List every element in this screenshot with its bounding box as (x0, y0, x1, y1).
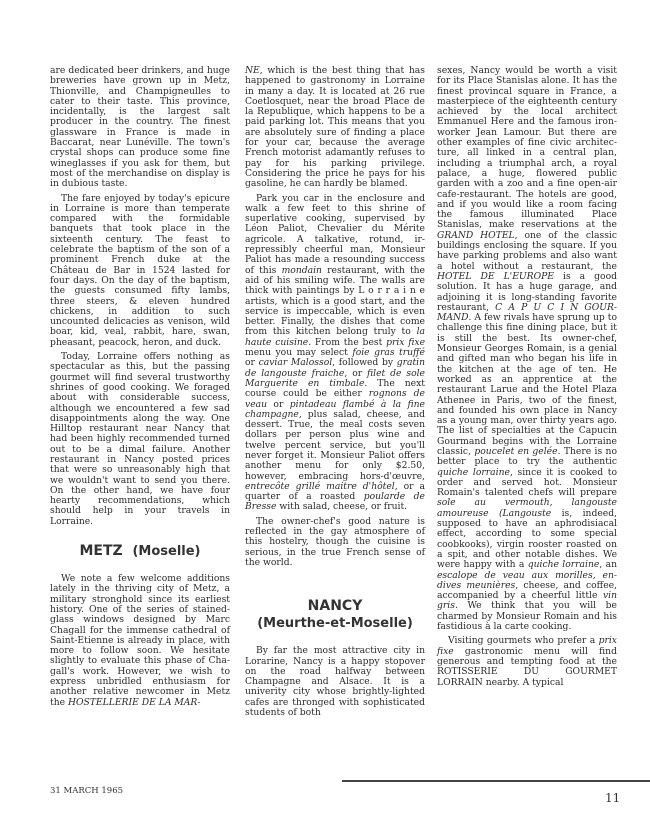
paragraph: The owner-chef's good nature is reflecte… (245, 517, 425, 568)
text: We note a few welcome additi­ons lately … (50, 573, 230, 708)
paragraph: By far the most attractive city in Lorar… (245, 646, 425, 718)
paragraph: NE, which is the best thing that has hap… (245, 66, 425, 190)
column-1: are dedicated beer drinkers, and huge br… (50, 66, 230, 712)
heading-subtitle: (Meurthe-et-Moselle) (245, 615, 425, 632)
text: . We think that you will be charmed by M… (437, 600, 617, 632)
text: . A few rivals have sprung up to challen… (437, 312, 617, 457)
paragraph: The fare enjoyed by today's ep­icure in … (50, 194, 230, 348)
paragraph: sexes, Nancy would be worth a visit for … (437, 66, 617, 632)
heading-title: NANCY (245, 598, 425, 615)
paragraph: Park you car in the enclosure and walk a… (245, 194, 425, 513)
paragraph: are dedicated beer drinkers, and huge br… (50, 66, 230, 190)
column-3: sexes, Nancy would be worth a visit for … (437, 66, 617, 692)
text: Park you car in the enclosure and walk a… (245, 193, 425, 276)
section-heading-nancy: NANCY (Meurthe-et-Moselle) (245, 598, 425, 632)
paragraph: Today, Lorraine offers nothing as specta… (50, 352, 230, 527)
text: , which is the best thing that has happe… (245, 65, 425, 189)
page-number: 11 (605, 791, 620, 805)
paragraph: Visiting gourmets who prefer a prix fixe… (437, 636, 617, 687)
paragraph: We note a few welcome additi­ons lately … (50, 574, 230, 708)
italic-text: HOSTELLERIE DE LA MAR- (68, 697, 200, 708)
text: with salad, cheese, or fruit. (276, 501, 407, 512)
footer-rule (342, 780, 650, 782)
text: , plus salad, cheese, and des­sert. True… (245, 409, 425, 482)
text: restau­rant, with the aid of his smiling… (245, 265, 425, 338)
heading-title: METZ (80, 543, 123, 559)
text: sexes, Nancy would be worth a visit for … (437, 65, 617, 230)
issue-date: 31 MARCH 1965 (50, 786, 123, 796)
section-heading-metz: METZ (Moselle) (50, 543, 230, 560)
column-2: NE, which is the best thing that has hap… (245, 66, 425, 722)
heading-subtitle: (Moselle) (132, 544, 200, 559)
text: gastronomic menu will find generous and … (437, 646, 617, 688)
